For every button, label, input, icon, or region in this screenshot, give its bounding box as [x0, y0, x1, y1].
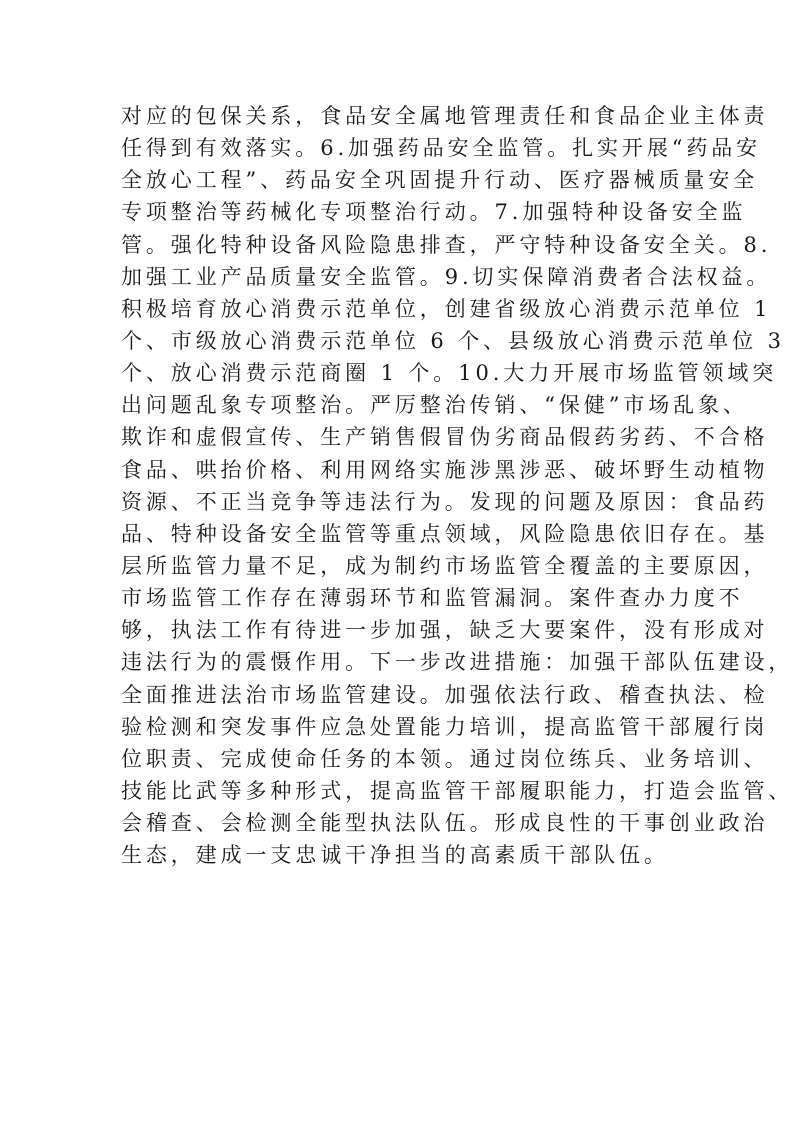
text-line: 出问题乱象专项整治。严厉整治传销、“保健”市场乱象、	[121, 389, 681, 421]
text-line: 管。强化特种设备风险隐患排查，严守特种设备安全关。8.	[121, 229, 681, 261]
document-page: 对应的包保关系，食品安全属地管理责任和食品企业主体责 任得到有效落实。6.加强药…	[121, 100, 681, 871]
text-line: 技能比武等多种形式，提高监管干部履职能力，打造会监管、	[121, 775, 681, 807]
text-line: 专项整治等药械化专项整治行动。7.加强特种设备安全监	[121, 196, 681, 228]
text-line: 全面推进法治市场监管建设。加强依法行政、稽查执法、检	[121, 679, 681, 711]
text-line: 任得到有效落实。6.加强药品安全监管。扎实开展“药品安	[121, 132, 681, 164]
text-line: 全放心工程”、药品安全巩固提升行动、医疗器械质量安全	[121, 164, 681, 196]
text-line: 资源、不正当竞争等违法行为。发现的问题及原因：食品药	[121, 486, 681, 518]
text-line: 品、特种设备安全监管等重点领域，风险隐患依旧存在。基	[121, 518, 681, 550]
text-line: 生态，建成一支忠诚干净担当的高素质干部队伍。	[121, 839, 681, 871]
text-line: 欺诈和虚假宣传、生产销售假冒伪劣商品假药劣药、不合格	[121, 421, 681, 453]
text-line: 位职责、完成使命任务的本领。通过岗位练兵、业务培训、	[121, 743, 681, 775]
text-line: 食品、哄抬价格、利用网络实施涉黑涉恶、破坏野生动植物	[121, 454, 681, 486]
text-line: 个、市级放心消费示范单位 6 个、县级放心消费示范单位 3	[121, 325, 681, 357]
text-line: 个、放心消费示范商圈 1 个。10.大力开展市场监管领域突	[121, 357, 681, 389]
text-line: 积极培育放心消费示范单位，创建省级放心消费示范单位 1	[121, 293, 681, 325]
text-line: 违法行为的震慑作用。下一步改进措施：加强干部队伍建设，	[121, 646, 681, 678]
text-line: 验检测和突发事件应急处置能力培训，提高监管干部履行岗	[121, 711, 681, 743]
text-line: 对应的包保关系，食品安全属地管理责任和食品企业主体责	[121, 100, 681, 132]
text-line: 加强工业产品质量安全监管。9.切实保障消费者合法权益。	[121, 261, 681, 293]
text-line: 够，执法工作有待进一步加强，缺乏大要案件，没有形成对	[121, 614, 681, 646]
text-line: 会稽查、会检测全能型执法队伍。形成良性的干事创业政治	[121, 807, 681, 839]
text-line: 层所监管力量不足，成为制约市场监管全覆盖的主要原因，	[121, 550, 681, 582]
text-line: 市场监管工作存在薄弱环节和监管漏洞。案件查办力度不	[121, 582, 681, 614]
